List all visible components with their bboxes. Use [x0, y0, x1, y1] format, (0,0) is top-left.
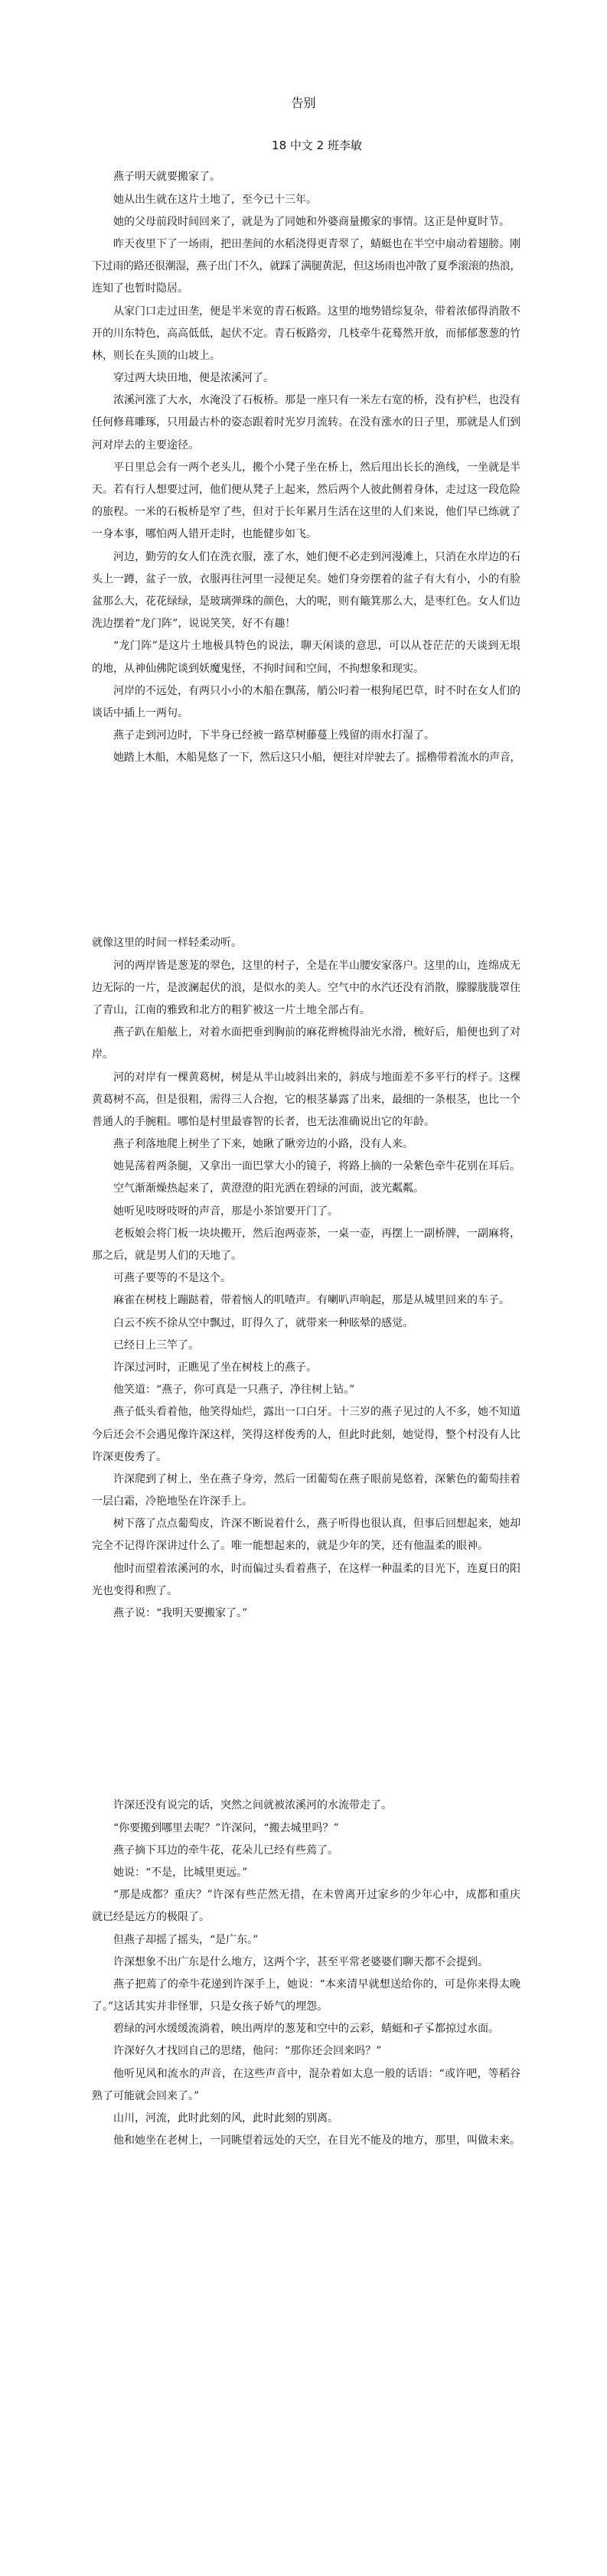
paragraph: 他和她坐在老树上，一同眺望着远处的天空，在目光不能及的地方，那里，叫做未来。 [92, 2130, 521, 2152]
text-line: 空气渐渐燥热起来了，黄澄澄的阳光洒在碧绿的河面，波光粼粼。 [92, 1178, 521, 1200]
paragraph: 河的两岸皆是葱茏的翠色，这里的村子，全是在半山腰安家落户。这里的山，连绵成无 边… [92, 955, 521, 1022]
text-line: 头上一蹲，盆子一放，衣服再往河里一浸便足矣。她们身旁摆着的盆子有大有小，小的有脸 [92, 569, 521, 591]
text-line: 河的两岸皆是葱茏的翠色，这里的村子，全是在半山腰安家落户。这里的山，连绵成无 [92, 955, 521, 977]
text-line: 就像这里的时间一样轻柔动听。 [92, 932, 521, 954]
paragraph: 但燕子却摇了摇头，“是广东。” [92, 1929, 521, 1952]
text-line: 河边，勤劳的女人们在洗衣服，涨了水，她们便不必走到河漫滩上，只消在水岸边的石 [92, 546, 521, 569]
text-line: 平日里总会有一两个老头儿，搬个小凳子坐在桥上，然后甩出长长的渔线，一坐就是半 [92, 457, 521, 479]
paragraph: 她听见吱呀吱呀的声音，那是小茶馆要开门了。 [92, 1201, 521, 1223]
paragraph: 河边，勤劳的女人们在洗衣服，涨了水，她们便不必走到河漫滩上，只消在水岸边的石 头… [92, 546, 521, 636]
paragraph: 燕子把蔫了的牵牛花递到许深手上，她说：“本来清早就想送给你的，可是你来得太晚 了… [92, 1974, 521, 2018]
text-line: 她听见吱呀吱呀的声音，那是小茶馆要开门了。 [92, 1201, 521, 1223]
paragraph: 他笑道：“燕子，你可真是一只燕子，净往树上钻。” [92, 1379, 521, 1401]
text-line: 燕子把蔫了的牵牛花递到许深手上，她说：“本来清早就想送给你的，可是你来得太晚 [92, 1974, 521, 1996]
text-line: 他和她坐在老树上，一同眺望着远处的天空，在目光不能及的地方，那里，叫做未来。 [92, 2130, 521, 2152]
text-line: 了。”这话其实并非怪罪，只是女孩子娇气的埋怨。 [92, 1996, 521, 2018]
paragraph: 许深好久才找回自己的思绪，他问：“那你还会回来吗？” [92, 2040, 521, 2062]
author-line: 18 中文 2 班李敏 [92, 138, 521, 153]
paragraph: 燕子低头看着他，他笑得灿烂，露出一口白牙。十三岁的燕子见过的人不多，她不知道 今… [92, 1401, 521, 1469]
page-1-body: 燕子明天就要搬家了。 她从出生就在这片土地了，至今已十三年。 她的父母前段时间回… [92, 166, 521, 769]
paragraph: 她说：“不是，比城里更远。” [92, 1862, 521, 1884]
paragraph: 许深过河时，正瞧见了坐在树枝上的燕子。 [92, 1357, 521, 1379]
text-line: 熟了可能就会回来了。” [92, 2085, 521, 2108]
paragraph: 从家门口走过田垄，便是半米宽的青石板路。这里的地势错综复杂，带着浓郁得消散不 开… [92, 301, 521, 368]
text-line: 他笑道：“燕子，你可真是一只燕子，净往树上钻。” [92, 1379, 521, 1401]
text-line: 碧绿的河水缓缓流淌着，映出两岸的葱茏和空中的云彩，蜻蜓和孑孓都掠过水面。 [92, 2018, 521, 2040]
text-line: 盆那么大，花花绿绿，是玻璃弹珠的颜色，大的呢，则有簸箕那么大，是枣红色。女人们边 [92, 591, 521, 613]
paragraph: 她踏上木船，木船晃悠了一下，然后这只小船，便往对岸驶去了。摇橹带着流水的声音， [92, 747, 521, 769]
text-line: 天。若有行人想要过河，他们便从凳子上起来，然后两个人彼此侧着身体，走过这一段危险 [92, 479, 521, 501]
paragraph: 树下落了点点葡萄皮，许深不断说着什么，燕子听得也很认真，但事后回想起来，她却 完… [92, 1513, 521, 1557]
text-line: 昨天夜里下了一场雨，把田垄间的水稻浇得更青翠了，蜻蜓也在半空中扇动着翅膀。刚 [92, 233, 521, 256]
text-line: 一身本事，哪怕两人错开走时，也能健步如飞。 [92, 523, 521, 546]
text-line: 老板娘会将门板一块块搬开，然后泡两壶茶，一桌一壶，再摆上一副桥牌，一副麻将， [92, 1223, 521, 1245]
paragraph: “你要搬到哪里去呢？”许深问，“搬去城里吗？” [92, 1818, 521, 1840]
text-line: 浓溪河涨了大水，水淹没了石板桥。那是一座只有一米左右宽的桥，没有护栏，也没有 [92, 390, 521, 412]
text-line: 光也变得和煦了。 [92, 1580, 521, 1603]
text-line: 河对岸去的主要途径。 [92, 435, 521, 457]
paragraph: 河的对岸有一棵黄葛树，树是从半山坡斜出来的，斜成与地面差不多平行的样子。这棵 黄… [92, 1067, 521, 1134]
paragraph: 许深还没有说完的话，突然之间就被浓溪河的水流带走了。 [92, 1795, 521, 1817]
text-line: 林，则长在头顶的山坡上。 [92, 345, 521, 367]
document-title: 告别 [0, 95, 607, 112]
text-line: 从家门口走过田垄，便是半米宽的青石板路。这里的地势错综复杂，带着浓郁得消散不 [92, 301, 521, 323]
text-line: 许深爬到了树上，坐在燕子身旁，然后一团葡萄在燕子眼前晃悠着，深紫色的葡萄挂着 [92, 1469, 521, 1491]
text-line: “你要搬到哪里去呢？”许深问，“搬去城里吗？” [92, 1818, 521, 1840]
text-line: 她从出生就在这片土地了，至今已十三年。 [92, 189, 521, 211]
page-2-body: 就像这里的时间一样轻柔动听。 河的两岸皆是葱茏的翠色，这里的村子，全是在半山腰安… [92, 932, 521, 1625]
text-line: 就已经是远方的极限了。 [92, 1906, 521, 1929]
text-line: 已经日上三竿了。 [92, 1335, 521, 1357]
text-line: 她踏上木船，木船晃悠了一下，然后这只小船，便往对岸驶去了。摇橹带着流水的声音， [92, 747, 521, 769]
paragraph: 她从出生就在这片土地了，至今已十三年。 [92, 189, 521, 211]
text-line: 岸。 [92, 1044, 521, 1066]
text-line: 燕子说：“我明天要搬家了。” [92, 1603, 521, 1625]
text-line: 她的父母前段时间回来了，就是为了同她和外婆商量搬家的事情。这正是仲夏时节。 [92, 211, 521, 233]
paragraph: 穿过两大块田地，便是浓溪河了。 [92, 367, 521, 390]
paragraph: 浓溪河涨了大水，水淹没了石板桥。那是一座只有一米左右宽的桥，没有护栏，也没有 任… [92, 390, 521, 457]
text-line: 普通人的手腕粗。哪怕是村里最睿智的长者，也无法准确说出它的年龄。 [92, 1111, 521, 1133]
text-line: 山川，河流，此时此刻的风，此时此刻的别离。 [92, 2108, 521, 2130]
text-line: 洗边摆着“龙门阵”，说说笑笑，好不有趣！ [92, 613, 521, 635]
text-line: 了青山，江南的雅致和北方的粗犷被这一片土地全部占有。 [92, 999, 521, 1022]
paragraph: 空气渐渐燥热起来了，黄澄澄的阳光洒在碧绿的河面，波光粼粼。 [92, 1178, 521, 1200]
text-line: 一层白霜，冷艳地坠在许深手上。 [92, 1491, 521, 1513]
paragraph: 燕子明天就要搬家了。 [92, 166, 521, 188]
text-line: 河岸的不远处，有两只小小的木船在飘荡，艄公叼着一根狗尾巴草，时不时在女人们的 [92, 680, 521, 703]
text-line: 任何修葺雕琢，只用最古朴的姿态跟着时光岁月流转。在没有涨水的日子里，那就是人们到 [92, 412, 521, 434]
text-line: 连知了也暂时隐居。 [92, 278, 521, 300]
paragraph: 燕子利落地爬上树坐了下来，她瞅了瞅旁边的小路，没有人来。 [92, 1133, 521, 1156]
text-line: 今后还会不会遇见像许深这样，笑得这样俊秀的人，但此时此刻，她觉得，整个村没有人比 [92, 1424, 521, 1446]
paragraph: 许深爬到了树上，坐在燕子身旁，然后一团葡萄在燕子眼前晃悠着，深紫色的葡萄挂着 一… [92, 1469, 521, 1513]
text-line: 许深好久才找回自己的思绪，他问：“那你还会回来吗？” [92, 2040, 521, 2062]
paragraph: 燕子走到河边时，下半身已经被一路草树藤蔓上残留的雨水打湿了。 [92, 725, 521, 747]
paragraph: 许深想象不出广东是什么地方，这两个字，甚至平常老婆婆们聊天都不会提到。 [92, 1952, 521, 1974]
text-line: 树下落了点点葡萄皮，许深不断说着什么，燕子听得也很认真，但事后回想起来，她却 [92, 1513, 521, 1535]
text-line: 燕子走到河边时，下半身已经被一路草树藤蔓上残留的雨水打湿了。 [92, 725, 521, 747]
text-line: 燕子明天就要搬家了。 [92, 166, 521, 188]
text-line: 她晃荡着两条腿，又拿出一面巴掌大小的镜子，将路上摘的一朵紫色牵牛花别在耳后。 [92, 1156, 521, 1178]
paragraph: 可燕子要等的不是这个。 [92, 1267, 521, 1290]
text-line: 燕子低头看着他，他笑得灿烂，露出一口白牙。十三岁的燕子见过的人不多，她不知道 [92, 1401, 521, 1423]
text-line: 他听见风和流水的声音，在这些声音中，混杂着如太息一般的话语：“或许吧，等稻谷 [92, 2063, 521, 2085]
text-line: “那是成都？重庆？”许深有些茫然无措，在未曾离开过家乡的少年心中，成都和重庆 [92, 1884, 521, 1906]
paragraph: 白云不疾不徐从空中飘过，盯得久了，就带来一种眩晕的感觉。 [92, 1312, 521, 1335]
text-line: 那之后，就是男人们的天地了。 [92, 1245, 521, 1267]
text-line: 的地，从神仙佛陀谈到妖魔鬼怪，不拘时间和空间，不拘想象和现实。 [92, 658, 521, 680]
paragraph: “那是成都？重庆？”许深有些茫然无措，在未曾离开过家乡的少年心中，成都和重庆 就… [92, 1884, 521, 1929]
text-line: 开的川东特色，高高低低，起伏不定。青石板路旁，几枝牵牛花蓦然开放，而郁郁葱葱的竹 [92, 323, 521, 345]
paragraph: 她晃荡着两条腿，又拿出一面巴掌大小的镜子，将路上摘的一朵紫色牵牛花别在耳后。 [92, 1156, 521, 1178]
text-line: 他时而望着浓溪河的水，时而偏过头看着燕子，在这样一种温柔的目光下，连夏日的阳 [92, 1558, 521, 1580]
text-line: 但燕子却摇了摇头，“是广东。” [92, 1929, 521, 1952]
paragraph: “龙门阵”是这片土地极具特色的说法，聊天闲谈的意思，可以从苍茫茫的天谈到无垠 的… [92, 635, 521, 680]
paragraph: 昨天夜里下了一场雨，把田垄间的水稻浇得更青翠了，蜻蜓也在半空中扇动着翅膀。刚 下… [92, 233, 521, 301]
text-line: 许深想象不出广东是什么地方，这两个字，甚至平常老婆婆们聊天都不会提到。 [92, 1952, 521, 1974]
paragraph: 燕子摘下耳边的牵牛花，花朵儿已经有些蔫了。 [92, 1840, 521, 1862]
paragraph: 已经日上三竿了。 [92, 1335, 521, 1357]
paragraph: 山川，河流，此时此刻的风，此时此刻的别离。 [92, 2108, 521, 2130]
paragraph: 河岸的不远处，有两只小小的木船在飘荡，艄公叼着一根狗尾巴草，时不时在女人们的 谈… [92, 680, 521, 725]
paragraph: 他听见风和流水的声音，在这些声音中，混杂着如太息一般的话语：“或许吧，等稻谷 熟… [92, 2063, 521, 2108]
paragraph: 麻雀在树枝上蹦跶着，带着恼人的叽喳声。有喇叭声响起，那是从城里回来的车子。 [92, 1290, 521, 1312]
text-line: 的旅程。一米的石板桥是窄了些，但对于长年累月生活在这里的人们来说，他们早已练就了 [92, 501, 521, 523]
text-line: “龙门阵”是这片土地极具特色的说法，聊天闲谈的意思，可以从苍茫茫的天谈到无垠 [92, 635, 521, 657]
text-line: 燕子摘下耳边的牵牛花，花朵儿已经有些蔫了。 [92, 1840, 521, 1862]
text-line: 她说：“不是，比城里更远。” [92, 1862, 521, 1884]
paragraph: 碧绿的河水缓缓流淌着，映出两岸的葱茏和空中的云彩，蜻蜓和孑孓都掠过水面。 [92, 2018, 521, 2040]
text-line: 可燕子要等的不是这个。 [92, 1267, 521, 1290]
text-line: 穿过两大块田地，便是浓溪河了。 [92, 367, 521, 390]
text-line: 许深过河时，正瞧见了坐在树枝上的燕子。 [92, 1357, 521, 1379]
text-line: 白云不疾不徐从空中飘过，盯得久了，就带来一种眩晕的感觉。 [92, 1312, 521, 1335]
paragraph: 燕子趴在船舷上，对着水面把垂到胸前的麻花辫梳得油光水滑，梳好后，船便也到了对 岸… [92, 1022, 521, 1066]
text-line: 许深更俊秀了。 [92, 1446, 521, 1469]
text-line: 许深还没有说完的话，突然之间就被浓溪河的水流带走了。 [92, 1795, 521, 1817]
paragraph: 他时而望着浓溪河的水，时而偏过头看着燕子，在这样一种温柔的目光下，连夏日的阳 光… [92, 1558, 521, 1603]
text-line: 黄葛树不高，但是很粗，需得三人合抱，它的根茎暴露了出来，最细的一条根茎，也比一个 [92, 1089, 521, 1111]
paragraph: 她的父母前段时间回来了，就是为了同她和外婆商量搬家的事情。这正是仲夏时节。 [92, 211, 521, 233]
text-line: 完全不记得许深讲过什么了。唯一能想起来的，就是少年的笑，还有他温柔的眼神。 [92, 1535, 521, 1557]
text-line: 燕子趴在船舷上，对着水面把垂到胸前的麻花辫梳得油光水滑，梳好后，船便也到了对 [92, 1022, 521, 1044]
page-3-body: 许深还没有说完的话，突然之间就被浓溪河的水流带走了。 “你要搬到哪里去呢？”许深… [92, 1795, 521, 2152]
text-line: 下过雨的路还很潮湿，燕子出门不久，就踩了满腿黄泥，但这场雨也冲散了夏季滚滚的热浪… [92, 256, 521, 278]
paragraph: 老板娘会将门板一块块搬开，然后泡两壶茶，一桌一壶，再摆上一副桥牌，一副麻将， 那… [92, 1223, 521, 1267]
paragraph: 燕子说：“我明天要搬家了。” [92, 1603, 521, 1625]
text-line: 麻雀在树枝上蹦跶着，带着恼人的叽喳声。有喇叭声响起，那是从城里回来的车子。 [92, 1290, 521, 1312]
paragraph: 平日里总会有一两个老头儿，搬个小凳子坐在桥上，然后甩出长长的渔线，一坐就是半 天… [92, 457, 521, 546]
text-line: 边无际的一片，是波澜起伏的浪，是似水的美人。空气中的水汽还没有消散，朦朦胧胧罩住 [92, 977, 521, 999]
text-line: 河的对岸有一棵黄葛树，树是从半山坡斜出来的，斜成与地面差不多平行的样子。这棵 [92, 1067, 521, 1089]
text-line: 燕子利落地爬上树坐了下来，她瞅了瞅旁边的小路，没有人来。 [92, 1133, 521, 1156]
text-line: 谈话中插上一两句。 [92, 703, 521, 725]
paragraph-continued: 就像这里的时间一样轻柔动听。 [92, 932, 521, 954]
